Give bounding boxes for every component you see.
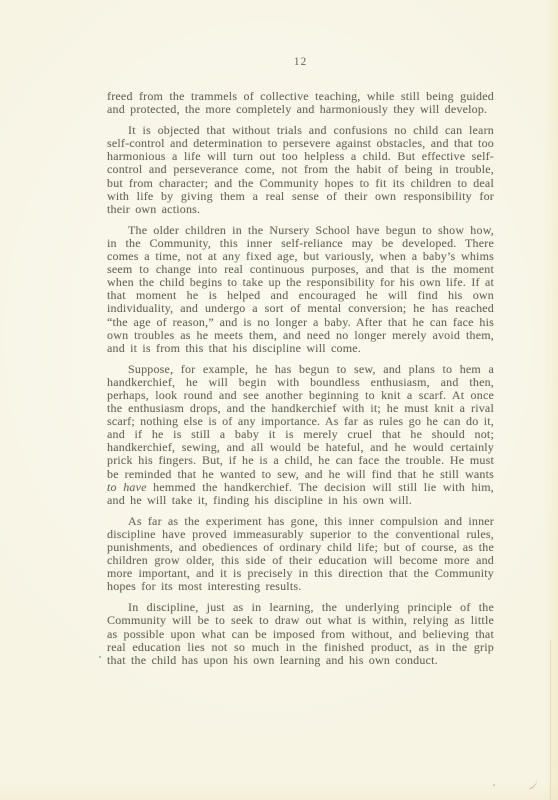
scan-scratch <box>527 779 539 790</box>
paragraph-1: freed from the trammels of collective te… <box>107 90 494 116</box>
paragraph-4-text-before: Suppose, for example, he has begun to se… <box>107 362 494 481</box>
paragraph-3: The older children in the Nursery School… <box>107 224 494 355</box>
paragraph-6: In discipline, just as in learning, the … <box>107 601 494 666</box>
paragraph-2: It is objected that without trials and c… <box>107 124 494 216</box>
scan-speck <box>493 784 495 786</box>
scan-edge-line <box>550 640 552 800</box>
scan-speck <box>99 656 101 658</box>
text-block: freed from the trammels of collective te… <box>107 90 494 675</box>
book-page: 12 freed from the trammels of collective… <box>0 0 558 800</box>
paragraph-4: Suppose, for example, he has begun to se… <box>107 363 494 507</box>
paragraph-5: As far as the experiment has gone, this … <box>107 515 494 594</box>
paragraph-4-italic-phrase: to have <box>107 480 147 494</box>
page-number: 12 <box>107 56 494 68</box>
paragraph-4-text-after: hemmed the handkerchief. The decision wi… <box>107 480 494 507</box>
